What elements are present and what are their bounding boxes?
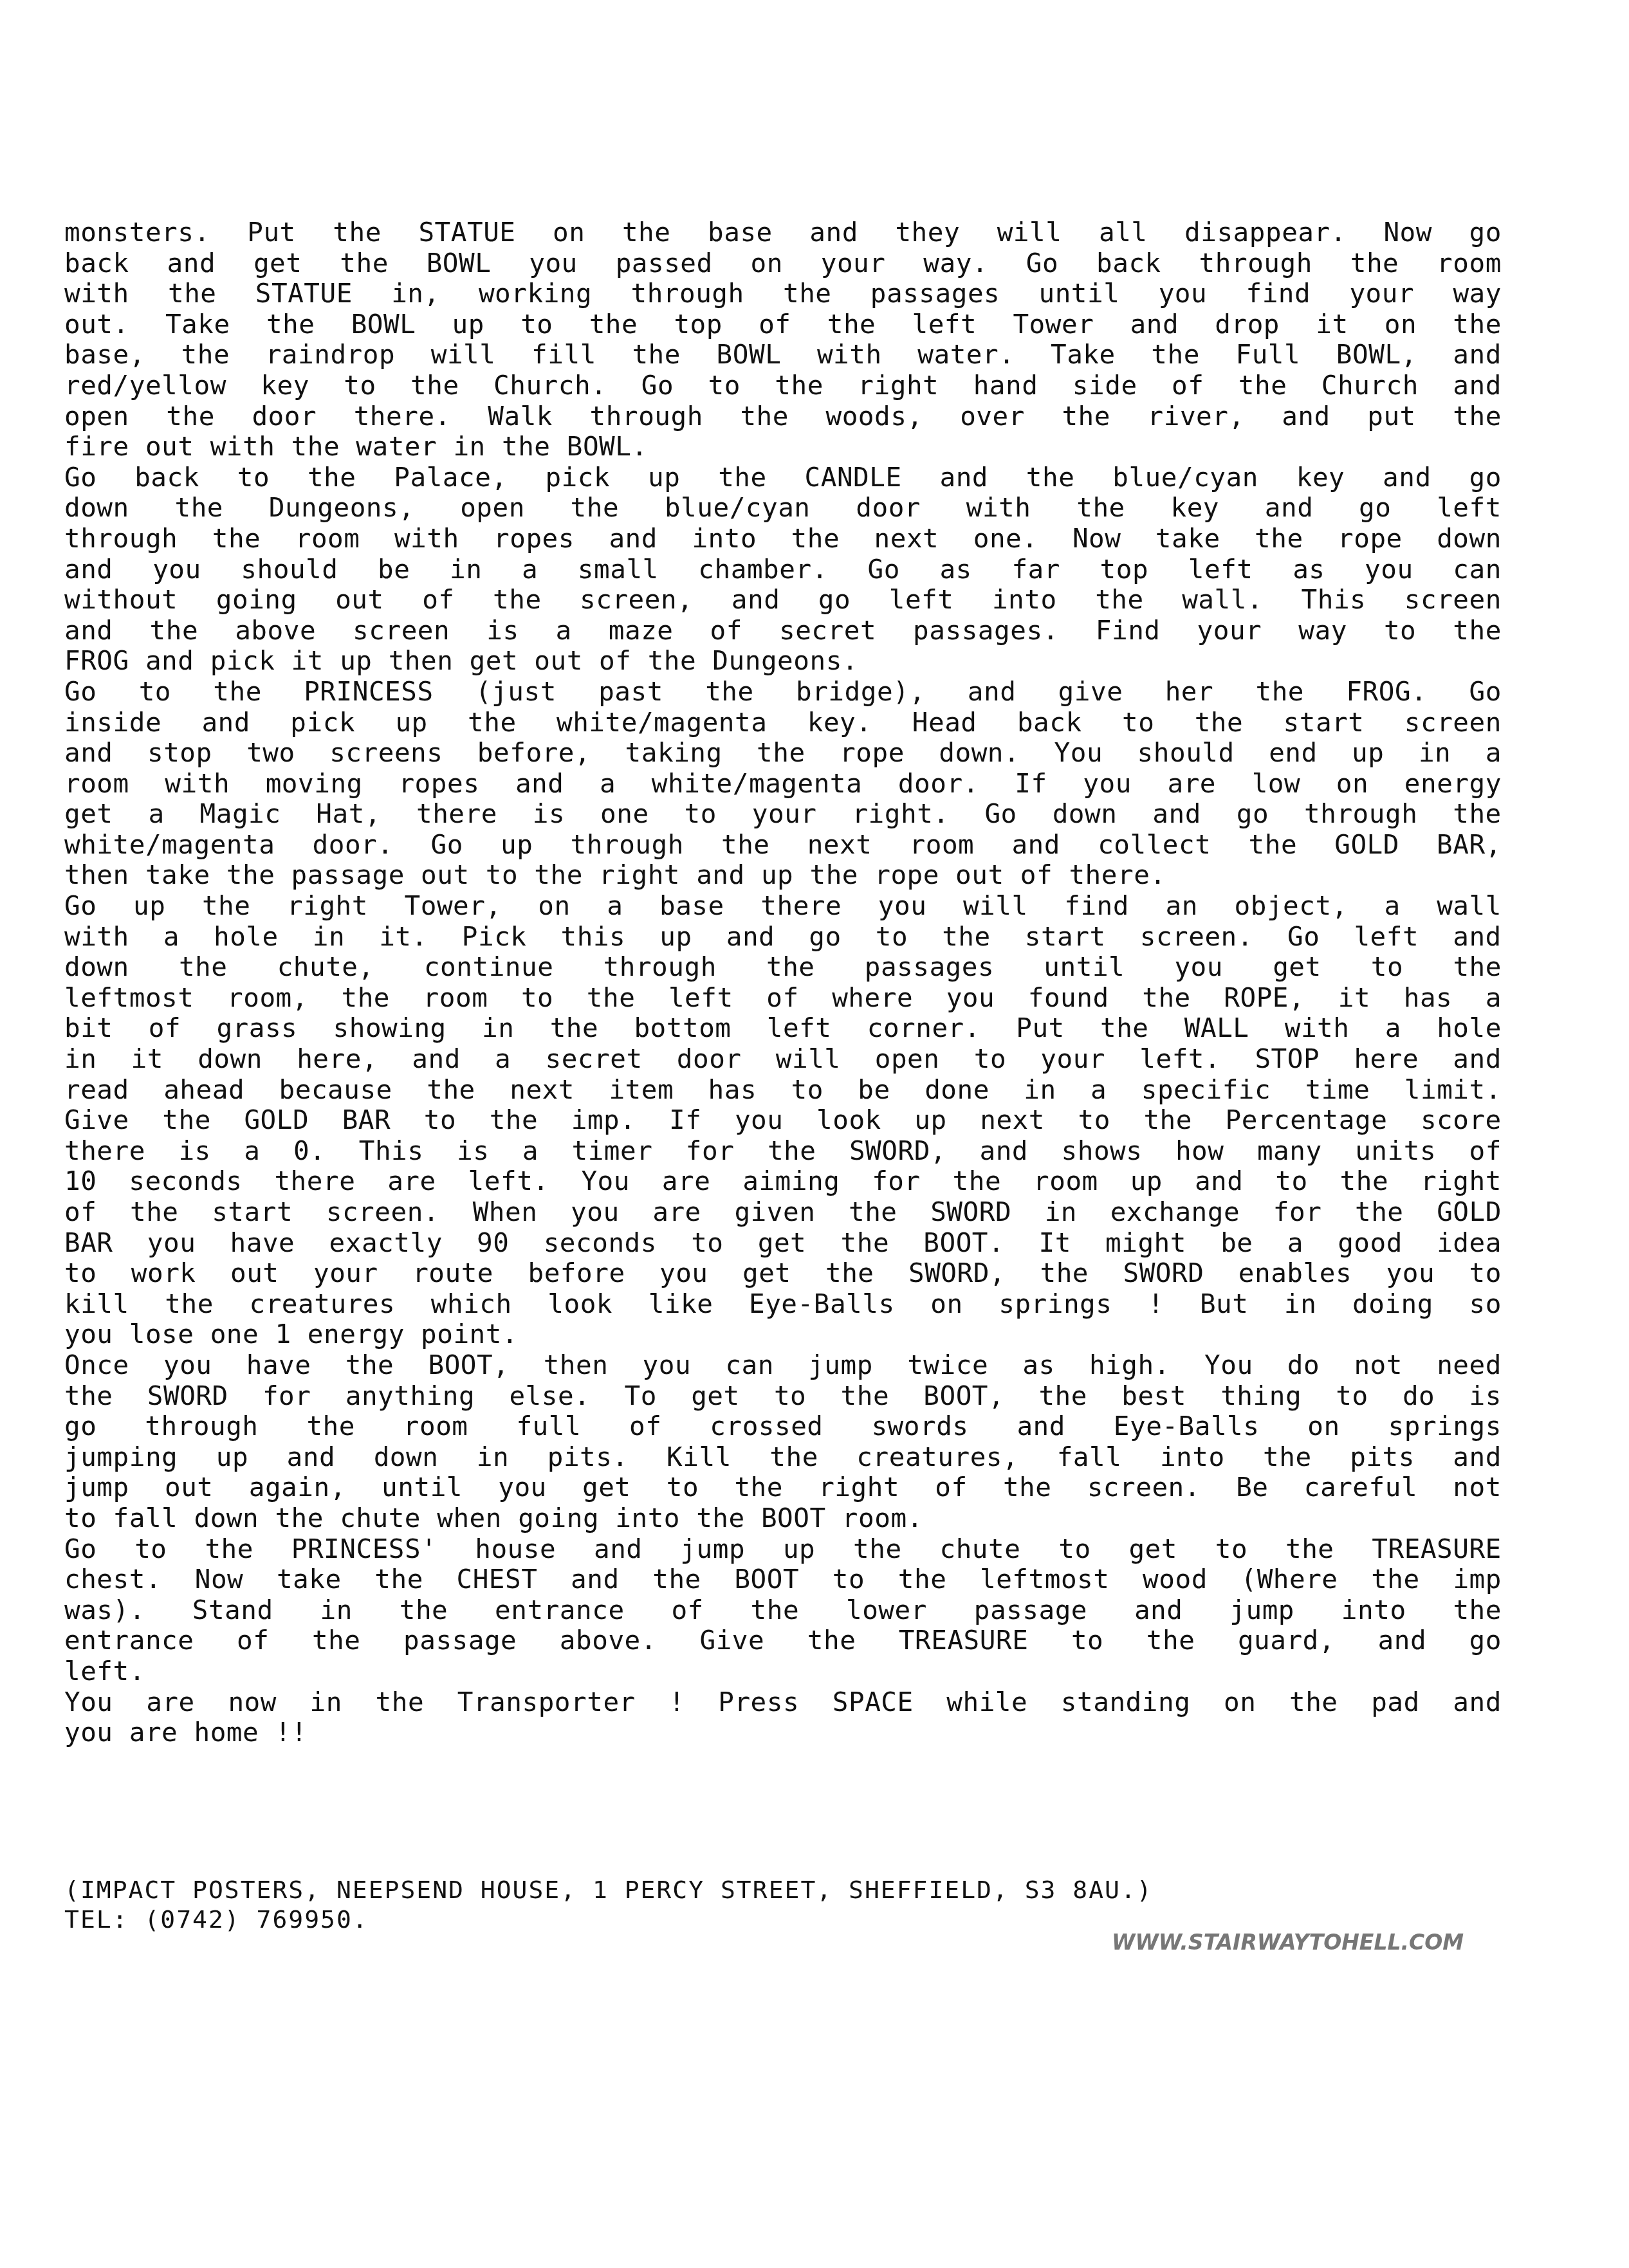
word: the: [783, 279, 832, 309]
text-line: downthechute,continuethroughthepassagesu…: [64, 952, 1502, 983]
word: the: [1453, 799, 1502, 830]
word: back: [134, 462, 199, 493]
word: crossed: [710, 1411, 823, 1442]
word: and: [968, 677, 1017, 708]
word: the: [1249, 830, 1298, 861]
word: the: [849, 1197, 897, 1228]
word: Take: [165, 309, 230, 340]
word: jumping: [64, 1442, 178, 1473]
word: this: [561, 922, 626, 953]
word: When: [473, 1197, 538, 1228]
word: was).: [64, 1595, 145, 1626]
word: and: [1453, 1044, 1502, 1075]
word: through: [630, 279, 744, 309]
text-line: thereisa0.ThisisatimerfortheSWORD,andsho…: [64, 1136, 1502, 1167]
word: You: [64, 1687, 113, 1718]
word: You: [1204, 1350, 1253, 1381]
word: and: [412, 1044, 461, 1075]
word: to: [974, 1044, 1006, 1075]
word: the: [1040, 1258, 1089, 1289]
word: If: [669, 1105, 701, 1136]
word: where: [832, 983, 913, 1014]
word: left: [889, 585, 954, 616]
word: with: [1285, 1013, 1350, 1044]
word: blue/cyan: [665, 493, 811, 524]
word: on: [930, 1289, 962, 1320]
word: the: [490, 1105, 538, 1136]
word: in: [450, 554, 482, 585]
word: base: [659, 891, 724, 922]
text-line: fire out with the water in the BOWL.: [64, 432, 1502, 462]
word: the: [571, 493, 620, 524]
word: you: [946, 983, 995, 1014]
word: of: [671, 1595, 703, 1626]
word: through: [1199, 248, 1312, 279]
word: go: [818, 585, 851, 616]
word: screen: [1404, 585, 1502, 616]
word: of: [237, 1625, 269, 1656]
word: do: [1403, 1381, 1435, 1412]
word: secret: [779, 616, 876, 646]
word: with: [64, 279, 129, 309]
word: up: [133, 891, 165, 922]
word: you: [735, 1105, 784, 1136]
word: over: [960, 401, 1025, 432]
word: given: [734, 1197, 815, 1228]
word: so: [1469, 1289, 1502, 1320]
word: and: [726, 922, 775, 953]
word: key: [261, 370, 309, 401]
word: PRINCESS: [304, 677, 433, 708]
word: Be: [1236, 1472, 1268, 1503]
word: Transporter: [457, 1687, 636, 1718]
word: not: [1453, 1472, 1502, 1503]
word: left.: [1139, 1044, 1220, 1075]
word: right: [287, 891, 368, 922]
word: up: [1352, 738, 1384, 769]
word: are: [387, 1166, 436, 1197]
word: way: [1298, 616, 1347, 646]
word: Once: [64, 1350, 129, 1381]
word: are: [146, 1687, 195, 1718]
word: in: [310, 1687, 342, 1718]
word: moving: [266, 769, 363, 800]
word: taking: [625, 738, 722, 769]
word: to: [1058, 1534, 1091, 1565]
word: BOWL,: [1336, 340, 1417, 370]
word: a: [556, 616, 572, 646]
word: are: [662, 1166, 711, 1197]
word: here: [1354, 1044, 1419, 1075]
word: there: [64, 1136, 145, 1167]
word: get: [64, 799, 113, 830]
word: take: [1155, 524, 1220, 554]
word: imp.: [571, 1105, 636, 1136]
word: chute: [939, 1534, 1020, 1565]
word: passage: [403, 1625, 517, 1656]
word: working: [479, 279, 592, 309]
word: out: [335, 585, 384, 616]
word: fall: [1057, 1442, 1122, 1473]
text-line: getaMagicHat,thereisonetoyourright.Godow…: [64, 799, 1502, 830]
word: creatures,: [856, 1442, 1018, 1473]
word: to: [667, 1472, 699, 1503]
word: in: [1419, 738, 1451, 769]
word: to: [685, 799, 717, 830]
word: up: [783, 1534, 815, 1565]
word: you: [152, 554, 201, 585]
word: item: [609, 1075, 674, 1106]
text-line: leftmostroom,theroomtotheleftofwhereyouf…: [64, 983, 1502, 1014]
text-line: andstoptwoscreensbefore,takingtheropedow…: [64, 738, 1502, 769]
word: grass: [216, 1013, 297, 1044]
text-line: roomwithmovingropesandawhite/magentadoor…: [64, 769, 1502, 800]
word: Kill: [667, 1442, 732, 1473]
word: with: [64, 922, 129, 953]
word: and: [1152, 799, 1201, 830]
word: pick: [545, 462, 610, 493]
word: on: [1336, 769, 1368, 800]
word: the: [1289, 1687, 1338, 1718]
word: get: [758, 1228, 807, 1259]
word: will: [997, 217, 1062, 248]
word: to: [1078, 1105, 1110, 1136]
word: springs: [1388, 1411, 1502, 1442]
word: you: [1174, 952, 1223, 983]
word: now: [228, 1687, 277, 1718]
word: the: [205, 1534, 253, 1565]
word: of: [935, 1472, 967, 1503]
word: BOWL: [427, 248, 492, 279]
word: jump: [64, 1472, 129, 1503]
word: time: [1305, 1075, 1370, 1106]
word: should: [1137, 738, 1235, 769]
word: with: [165, 769, 230, 800]
word: to: [1336, 1381, 1368, 1412]
word: next: [807, 830, 872, 861]
word: read: [64, 1075, 129, 1106]
word: your: [821, 248, 886, 279]
word: Dungeons,: [269, 493, 415, 524]
word: the: [589, 309, 638, 340]
word: Now: [195, 1564, 244, 1595]
word: it: [1338, 983, 1370, 1014]
word: the: [1142, 983, 1191, 1014]
word: a: [607, 891, 623, 922]
word: energy: [1404, 769, 1502, 800]
word: start: [1284, 708, 1365, 738]
text-line: red/yellowkeytotheChurch.Gototherighthan…: [64, 370, 1502, 401]
word: the: [342, 983, 391, 1014]
word: work: [131, 1258, 196, 1289]
word: down: [64, 493, 129, 524]
word: Go: [867, 554, 899, 585]
word: to: [1275, 1166, 1307, 1197]
word: into: [1341, 1595, 1406, 1626]
word: in,: [391, 279, 440, 309]
word: the: [1255, 524, 1303, 554]
word: This: [1302, 585, 1367, 616]
word: is: [486, 616, 519, 646]
word: SWORD: [1123, 1258, 1204, 1289]
word: BOWL: [351, 309, 416, 340]
word: get: [1273, 952, 1321, 983]
word: in: [482, 1013, 514, 1044]
word: the: [266, 309, 315, 340]
word: on: [1307, 1411, 1339, 1442]
word: leftmost: [64, 983, 194, 1014]
word: aiming: [742, 1166, 840, 1197]
word: BOOT,: [428, 1350, 510, 1381]
text-line: withaholeinit.Pickthisupandgotothestarts…: [64, 922, 1502, 953]
word: you: [529, 248, 578, 279]
word: which: [431, 1289, 512, 1320]
word: bottom: [634, 1013, 731, 1044]
word: the: [168, 279, 217, 309]
word: and: [979, 1136, 1028, 1167]
word: Press: [718, 1687, 799, 1718]
word: Now: [1072, 524, 1121, 554]
word: the: [150, 616, 199, 646]
word: ropes: [493, 524, 575, 554]
word: the: [1350, 248, 1399, 279]
text-line: killthecreatureswhichlooklikeEye-Ballson…: [64, 1289, 1502, 1320]
word: through: [145, 1411, 258, 1442]
word: units: [1355, 1136, 1436, 1167]
word: FROG.: [1346, 677, 1427, 708]
word: Put: [1016, 1013, 1065, 1044]
word: blue/cyan: [1112, 462, 1258, 493]
word: the: [165, 1289, 214, 1320]
word: start: [212, 1197, 293, 1228]
word: above.: [560, 1625, 657, 1656]
word: collect: [1098, 830, 1211, 861]
word: and: [1383, 462, 1431, 493]
word: of: [1469, 1136, 1502, 1167]
word: up: [452, 309, 484, 340]
word: This: [359, 1136, 424, 1167]
word: SWORD,: [908, 1258, 1006, 1289]
word: But: [1200, 1289, 1249, 1320]
word: the: [179, 952, 228, 983]
word: the: [734, 1472, 783, 1503]
word: pits.: [548, 1442, 629, 1473]
word: key: [1296, 462, 1345, 493]
word: top: [1100, 554, 1149, 585]
word: they: [895, 217, 960, 248]
word: best: [1121, 1381, 1186, 1412]
word: a: [1091, 1075, 1107, 1106]
text-line: openthedoorthere.Walkthroughthewoods,ove…: [64, 401, 1502, 432]
word: the: [1340, 1166, 1389, 1197]
text-line: withtheSTATUEin,workingthroughthepassage…: [64, 279, 1502, 309]
word: your: [752, 799, 817, 830]
word: one.: [973, 524, 1038, 554]
word: Palace,: [394, 462, 507, 493]
word: do: [1287, 1350, 1320, 1381]
word: right: [818, 1472, 899, 1503]
word: the: [1371, 1564, 1420, 1595]
text-line: you are home !!: [64, 1717, 1502, 1748]
word: idea: [1437, 1228, 1502, 1259]
word: end: [1269, 738, 1318, 769]
text-line: jumpoutagain,untilyougettotherightofthes…: [64, 1472, 1502, 1503]
word: up: [914, 1105, 946, 1136]
text-line: GobacktothePalace,pickuptheCANDLEandtheb…: [64, 462, 1502, 493]
word: look: [816, 1105, 881, 1136]
word: entrance: [64, 1625, 194, 1656]
word: of: [710, 616, 742, 646]
word: the: [718, 462, 767, 493]
word: base: [708, 217, 773, 248]
word: left: [912, 309, 977, 340]
word: of: [1172, 370, 1204, 401]
word: until: [1044, 952, 1125, 983]
word: anything: [345, 1381, 475, 1412]
word: raindrop: [266, 340, 395, 370]
word: and: [64, 554, 113, 585]
word: it: [131, 1044, 163, 1075]
word: up: [648, 462, 680, 493]
word: the: [468, 708, 517, 738]
word: give: [1058, 677, 1123, 708]
word: Give: [699, 1625, 764, 1656]
word: the: [1143, 1105, 1192, 1136]
word: drop: [1215, 309, 1280, 340]
word: Go: [1287, 922, 1320, 953]
word: is: [1469, 1381, 1502, 1412]
word: the: [1195, 708, 1244, 738]
word: to: [520, 309, 553, 340]
word: of: [64, 1197, 97, 1228]
text-line: withoutgoingoutofthescreen,andgoleftinto…: [64, 585, 1502, 616]
word: on: [1385, 309, 1417, 340]
text-line: gothroughtheroomfullofcrossedswordsandEy…: [64, 1411, 1502, 1442]
word: up: [395, 708, 427, 738]
word: low: [1252, 769, 1301, 800]
word: again,: [249, 1472, 346, 1503]
word: it.: [379, 922, 428, 953]
word: the: [376, 1687, 425, 1718]
word: a: [163, 922, 179, 953]
text-line: monsters.PuttheSTATUEonthebaseandtheywil…: [64, 217, 1502, 248]
word: to: [424, 1105, 456, 1136]
word: get: [253, 248, 302, 279]
word: it: [1316, 309, 1348, 340]
word: right: [858, 370, 939, 401]
word: creatures: [250, 1289, 396, 1320]
word: STOP: [1255, 1044, 1320, 1075]
word: a: [495, 1044, 511, 1075]
word: pad: [1371, 1687, 1420, 1718]
word: the: [751, 1595, 800, 1626]
word: white/magenta: [652, 769, 862, 800]
word: side: [1072, 370, 1137, 401]
word: ROPE,: [1224, 983, 1305, 1014]
word: have: [246, 1350, 311, 1381]
word: Walk: [488, 401, 553, 432]
word: high.: [1089, 1350, 1170, 1381]
word: white/magenta: [557, 708, 767, 738]
word: and: [1453, 1442, 1502, 1473]
word: BOOT.: [923, 1228, 1004, 1259]
word: continue: [424, 952, 553, 983]
word: Hat,: [316, 799, 381, 830]
word: and: [594, 1534, 643, 1565]
word: base,: [64, 340, 145, 370]
word: Go: [64, 1534, 97, 1565]
word: It: [1038, 1228, 1071, 1259]
word: done: [925, 1075, 989, 1106]
word: can: [1453, 554, 1502, 585]
word: and: [809, 217, 858, 248]
word: here,: [297, 1044, 378, 1075]
word: the: [312, 1625, 361, 1656]
word: fill: [531, 340, 596, 370]
word: Now: [1383, 217, 1432, 248]
word: two: [246, 738, 295, 769]
word: Church.: [493, 370, 607, 401]
word: put: [1367, 401, 1416, 432]
word: If: [1015, 769, 1047, 800]
word: score: [1421, 1105, 1502, 1136]
word: a: [1287, 1228, 1303, 1259]
word: into: [1160, 1442, 1225, 1473]
word: the: [705, 677, 754, 708]
word: will: [431, 340, 496, 370]
word: TREASURE: [1372, 1534, 1501, 1565]
word: the: [400, 1595, 448, 1626]
word: to: [1371, 952, 1403, 983]
word: go: [1359, 493, 1391, 524]
word: Find: [1096, 616, 1161, 646]
text-line: jumpingupanddowninpits.Killthecreatures,…: [64, 1442, 1502, 1473]
word: exactly: [329, 1228, 443, 1259]
word: you: [1083, 769, 1132, 800]
word: and: [1453, 1687, 1502, 1718]
word: Go: [431, 830, 463, 861]
word: above: [235, 616, 316, 646]
word: inside: [64, 708, 161, 738]
word: before,: [477, 738, 591, 769]
word: to: [691, 1228, 723, 1259]
word: in: [64, 1044, 97, 1075]
word: into: [992, 585, 1057, 616]
word: the: [1238, 370, 1287, 401]
word: the: [652, 1564, 701, 1595]
word: white/magenta: [64, 830, 275, 861]
word: the: [1100, 1013, 1149, 1044]
word: twice: [907, 1350, 988, 1381]
word: the: [213, 677, 262, 708]
word: as: [1022, 1350, 1054, 1381]
word: your: [1040, 1044, 1105, 1075]
word: find: [1064, 891, 1129, 922]
word: not: [1354, 1350, 1403, 1381]
word: the: [587, 983, 636, 1014]
text-line: readaheadbecausethenextitemhastobedonein…: [64, 1075, 1502, 1106]
word: screen: [353, 616, 450, 646]
word: TREASURE: [899, 1625, 1028, 1656]
word: disappear.: [1184, 217, 1347, 248]
word: the: [1151, 340, 1200, 370]
word: hole: [1437, 1013, 1502, 1044]
word: to: [1215, 1534, 1247, 1565]
word: the: [766, 952, 815, 983]
word: up: [501, 830, 533, 861]
text-line: theSWORDforanythingelse.TogettotheBOOT,t…: [64, 1381, 1502, 1412]
word: left: [1354, 922, 1419, 953]
